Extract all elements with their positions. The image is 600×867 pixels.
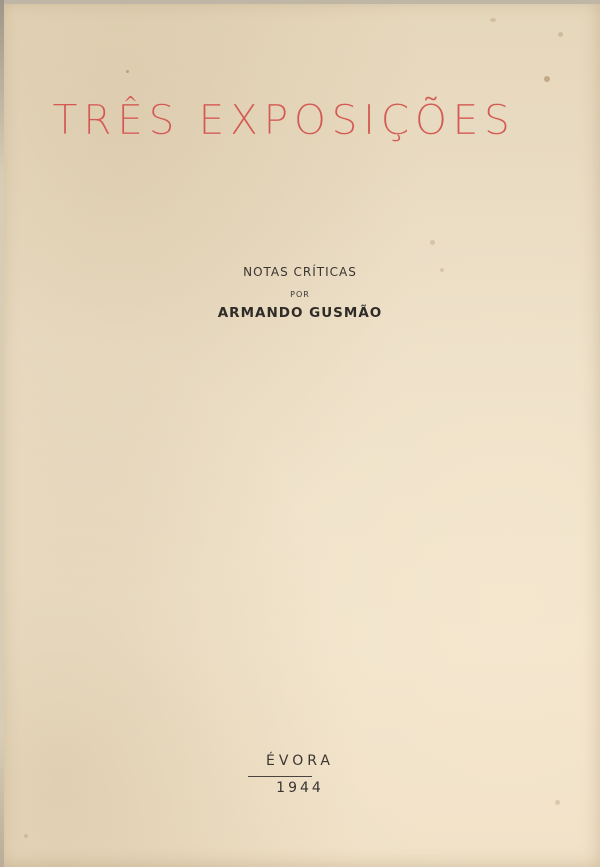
publication-place: ÉVORA (250, 753, 350, 769)
divider-rule (248, 776, 312, 777)
foxing-spot (24, 834, 28, 838)
book-title: TRÊS EXPOSIÇÕES (0, 96, 568, 144)
book-cover: TRÊS EXPOSIÇÕES NOTAS CRÍTICAS POR ARMAN… (0, 0, 600, 867)
foxing-spot (558, 32, 563, 37)
publication-year: 1944 (250, 780, 350, 796)
foxing-spot (490, 18, 496, 22)
cover-top-edge (0, 0, 600, 4)
foxing-spot (555, 800, 560, 805)
foxing-spot (430, 240, 435, 245)
foxing-spot (126, 70, 129, 73)
foxing-spot (544, 76, 550, 82)
byline-por: POR (0, 290, 600, 299)
subtitle-notas-criticas: NOTAS CRÍTICAS (0, 265, 600, 279)
author-name: ARMANDO GUSMÃO (0, 305, 600, 321)
